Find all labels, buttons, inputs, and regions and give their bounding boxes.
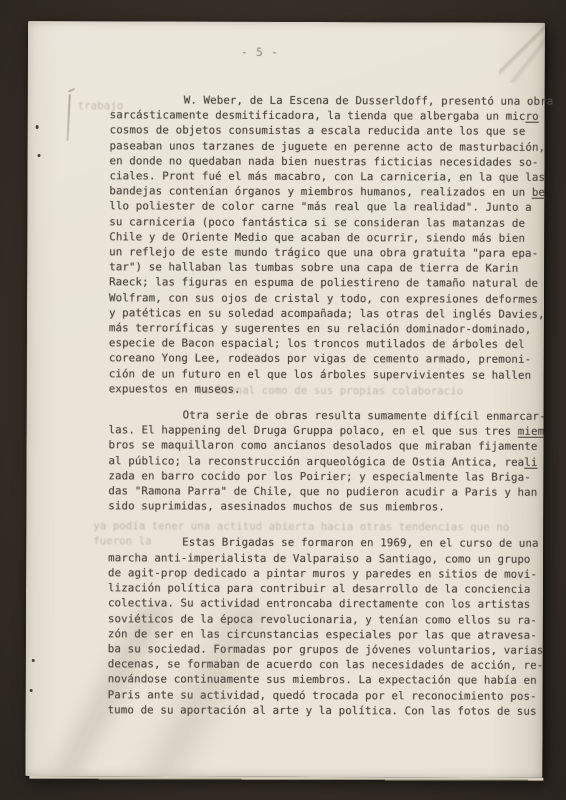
text-line: bandejas contenían órganos y miembros hu…	[109, 184, 545, 201]
text-line: Wolfram, con sus ojos de cristal y todo,…	[109, 290, 545, 307]
text-line: más terroríficas y sugerentes en su rela…	[109, 320, 545, 337]
text-line: marcha anti-imperialista de Valparaiso a…	[108, 550, 544, 567]
corner-crease-icon	[499, 23, 545, 83]
text-line: sido suprimidas, asesinados muchos de su…	[108, 499, 544, 516]
text-line: decenas, se formaban de acuerdo con las …	[108, 656, 544, 673]
photo-background: { "page": { "number_label": "- 5 -", "pa…	[0, 0, 566, 800]
text-line: paseaban unos tarzanes de juguete en per…	[110, 138, 546, 155]
paragraph-2: Otra serie de obras resulta sumamente di…	[108, 407, 544, 515]
text-line: zón de ser en las circunstancias especia…	[108, 626, 544, 643]
text-line: un reflejo de este mundo trágico que una…	[109, 244, 545, 261]
text-line: en donde no quedaban nada bien nuestras …	[109, 153, 545, 170]
text-line: de agit-prop dedicado a pintar muros y p…	[108, 565, 544, 582]
text-line: sarcásticamente desmitificadora, la tien…	[110, 107, 546, 124]
text-line: W. Weber, de La Escena de Dusserldoff, p…	[110, 92, 546, 109]
text-line: ciales. Pront fué el más macabro, con La…	[109, 168, 545, 185]
text-line: al público; la reconstrucción arqueológi…	[108, 453, 544, 470]
text-line: expuestos en museos.	[109, 381, 545, 398]
text-line: y patéticas en su soledad acompañada; la…	[109, 305, 545, 322]
text-line: ba su sociedad. Formadas por grupos de j…	[108, 641, 544, 658]
paper-speck	[38, 154, 41, 157]
text-line: bros se maquillaron como ancianos desola…	[108, 438, 544, 455]
text-line: soviéticos de la época revolucionaria, y…	[108, 611, 544, 628]
paragraph-3: Estas Brigadas se formaron en 1969, en e…	[108, 535, 545, 719]
paper-speck	[36, 125, 39, 129]
text-line: cosmos de objetos consumistas a escala r…	[110, 123, 546, 140]
text-line: lización política para contribuir al des…	[108, 580, 544, 597]
paper-speck	[32, 659, 35, 662]
paper-speck	[30, 689, 33, 692]
text-line: zada en barro cocido por los Poirier; y …	[108, 468, 544, 485]
pencil-mark	[67, 94, 71, 141]
bleedthrough-text: trabajola Bienal como de sus propias col…	[28, 21, 545, 23]
text-line: Otra serie de obras resulta sumamente di…	[109, 407, 545, 424]
document-page: - 5 - trabajola Bienal como de sus propi…	[25, 21, 545, 778]
text-line: Paris ante su actividad, quedó trocada p…	[108, 687, 544, 704]
text-line: novándose continuamente sus miembros. La…	[108, 672, 544, 689]
text-line: colectiva. Su actividad entroncaba direc…	[108, 596, 544, 613]
typewritten-text: W. Weber, de La Escena de Dusserldoff, p…	[108, 92, 546, 718]
text-line: Estas Brigadas se formaron en 1969, en e…	[108, 535, 544, 552]
text-line: Raeck; las figuras en espuma de poliesti…	[109, 275, 545, 292]
text-line: tar") se hallaban las tumbas sobre una c…	[109, 260, 545, 277]
text-line: especie de Bacon espacial; los troncos m…	[109, 336, 545, 353]
text-line: su carniceria (poco fantástica si se con…	[109, 214, 545, 231]
text-line: ción de un futuro en el que los árboles …	[109, 366, 545, 383]
pencil-mark-hook	[68, 88, 75, 93]
text-line: llo poliester de color carne "más real q…	[109, 199, 545, 216]
page-number: - 5 -	[225, 46, 295, 59]
text-line: las. El happening del Druga Gruppa polac…	[109, 423, 545, 440]
text-line: tumo de su aportación al arte y la polít…	[108, 702, 544, 719]
text-line: das "Ramona Parra" de Chile, que no pudi…	[108, 483, 544, 500]
paragraph-1: W. Weber, de La Escena de Dusserldoff, p…	[109, 92, 546, 398]
text-line: coreano Yong Lee, rodeados por vigas de …	[109, 351, 545, 368]
text-line: Chile y de Oriente Medio que acaban de o…	[109, 229, 545, 246]
